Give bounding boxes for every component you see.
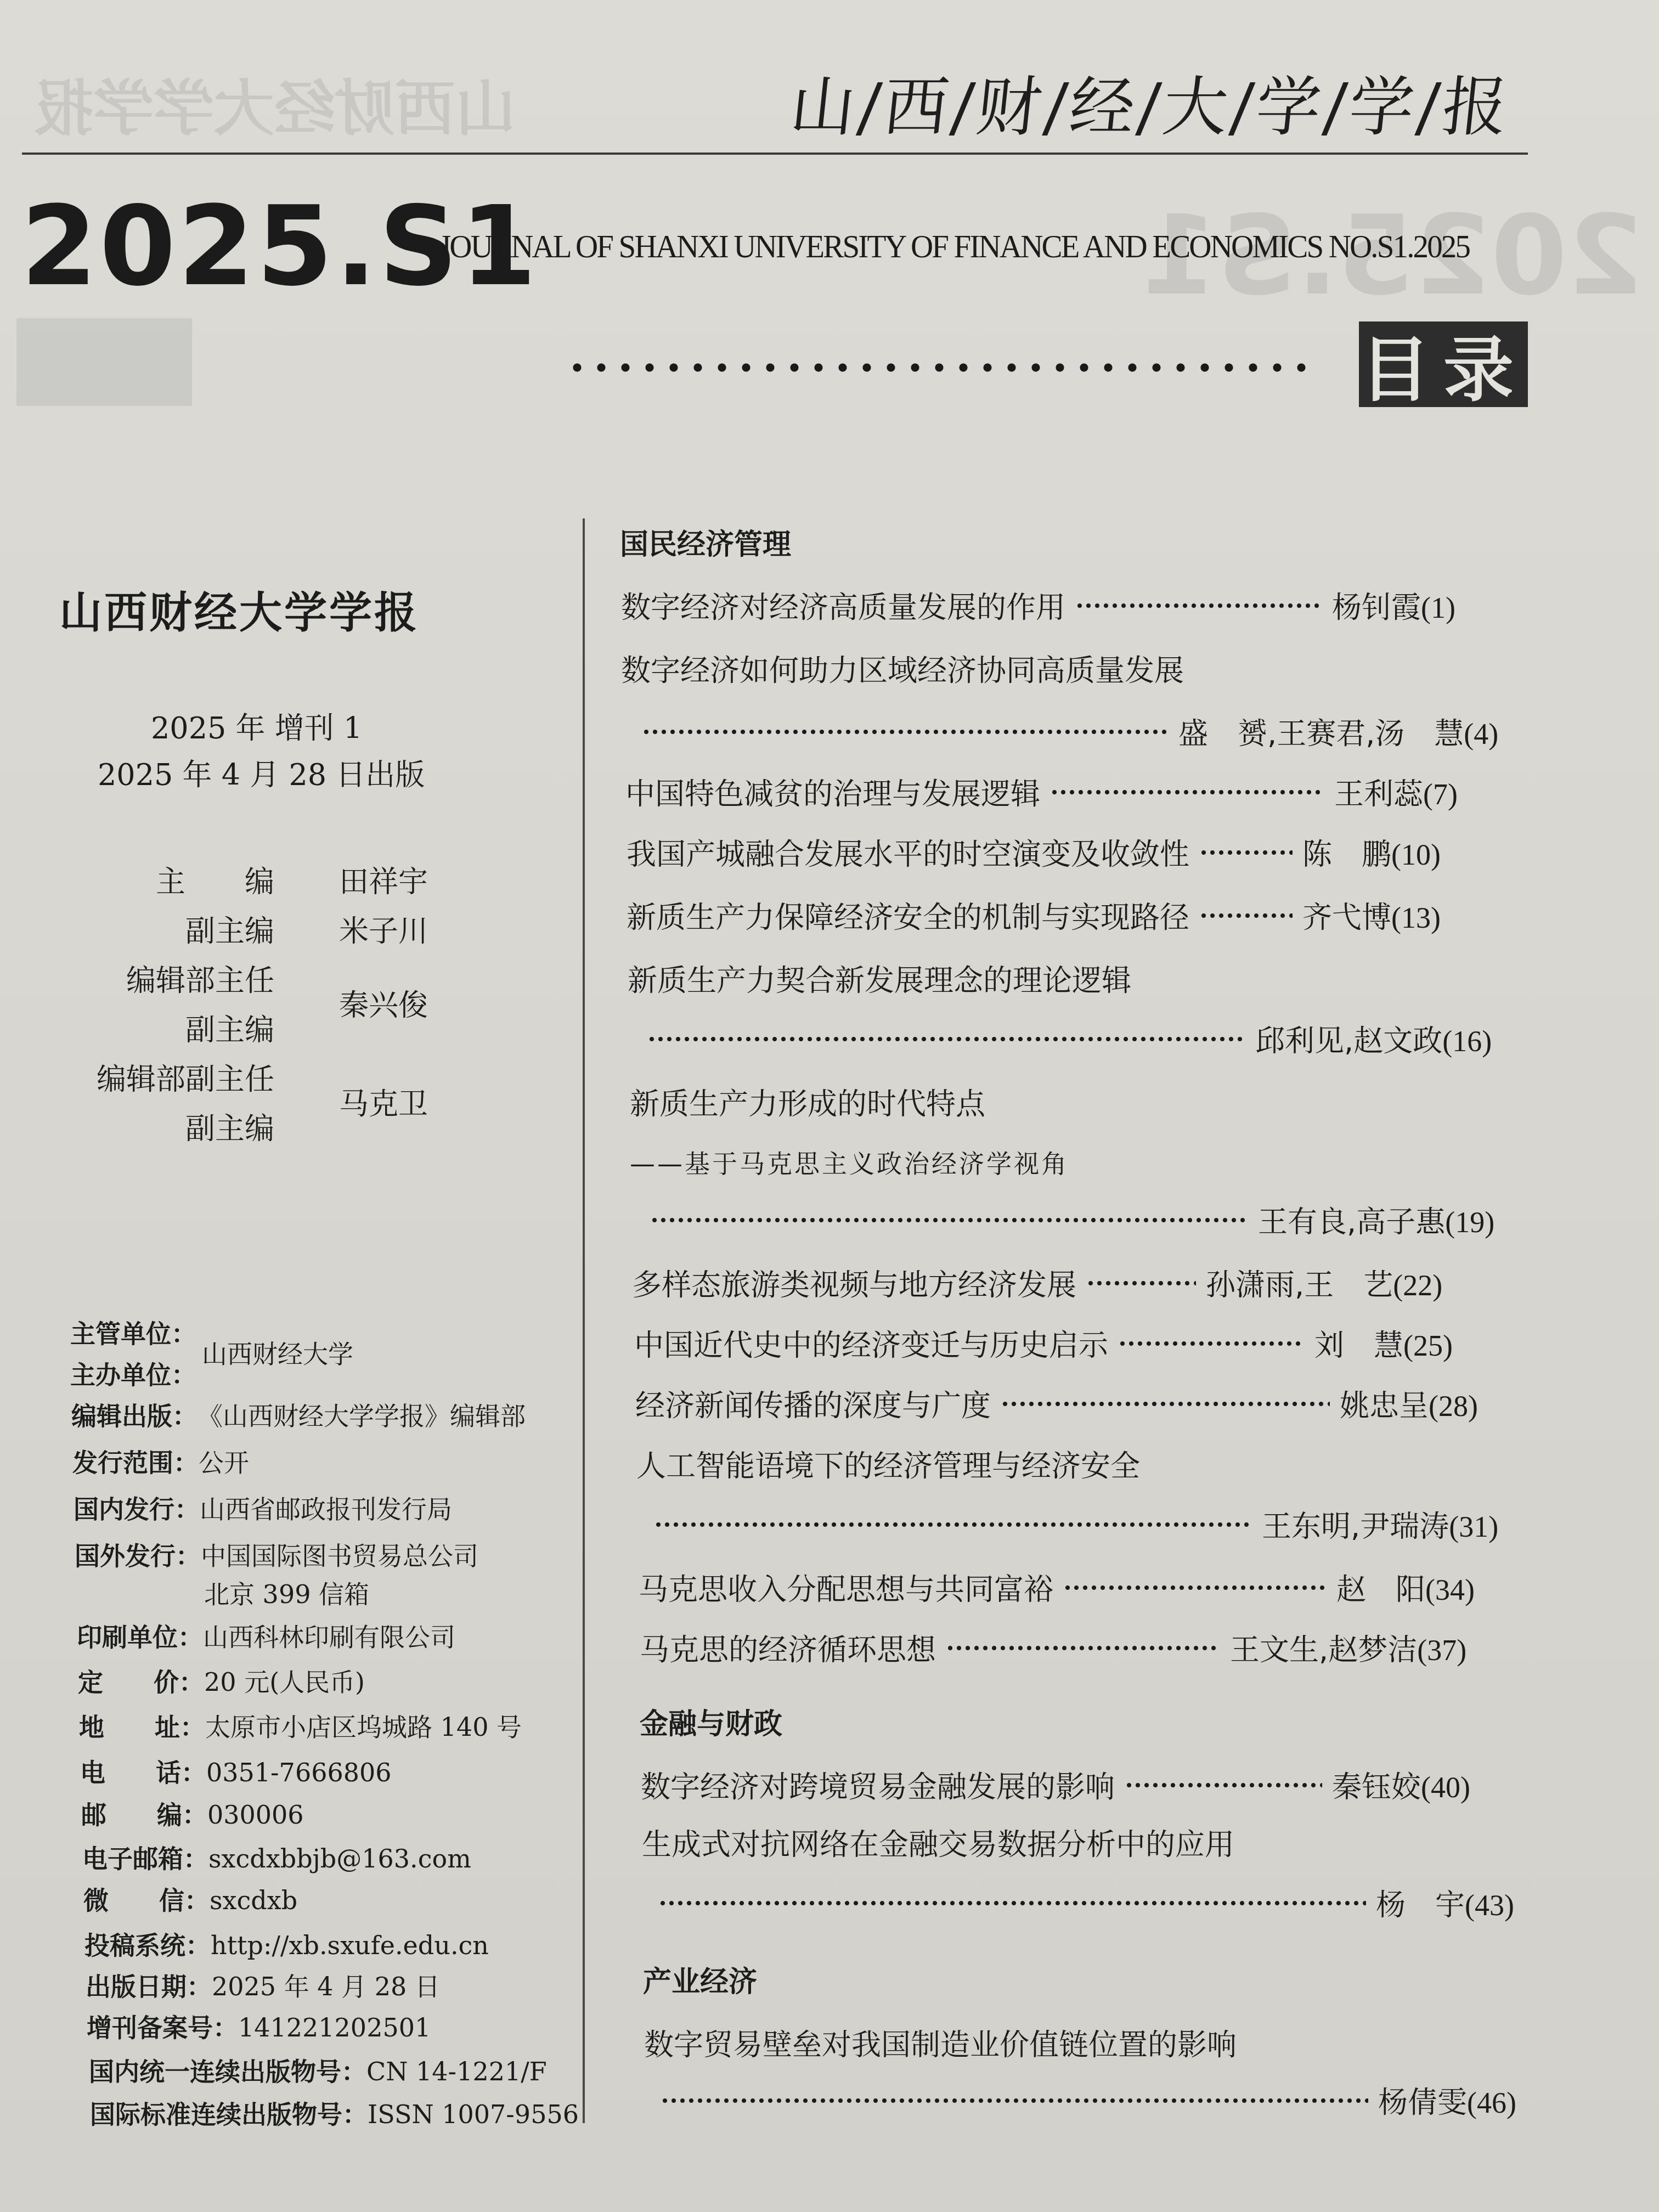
page-number: (46) bbox=[1467, 2086, 1516, 2120]
info-row: 国内统一连续出版物号：CN 14-1221/F bbox=[89, 2052, 547, 2088]
article-title: 数字贸易壁垒对我国制造业价值链位置的影响 bbox=[644, 2022, 1237, 2064]
dot-leader bbox=[1125, 1782, 1322, 1788]
article-title: 多样态旅游类视频与地方经济发展 bbox=[632, 1262, 1076, 1304]
issue-line: 2025 年 增刊 1 bbox=[151, 705, 362, 747]
info-row: 出版日期：2025 年 4 月 28 日 bbox=[86, 1967, 440, 2003]
article-authors: 王利蕊 bbox=[1334, 771, 1423, 813]
dot-leader bbox=[1001, 1401, 1330, 1407]
toc-entry[interactable]: 新质生产力保障经济安全的机制与实现路径 齐弋博(13) bbox=[627, 894, 1441, 936]
info-row: 电子邮箱：sxcdxbbjb@163.com bbox=[82, 1839, 471, 1875]
toc-entry-continuation[interactable]: 盛 赟,王赛君,汤 慧(4) bbox=[642, 710, 1498, 753]
page-number: (16) bbox=[1442, 1024, 1492, 1058]
decorative-dot-leader bbox=[565, 362, 1306, 373]
info-row: 国际标准连续出版物号：ISSN 1007-9556 bbox=[90, 2095, 579, 2131]
page-number: (22) bbox=[1393, 1268, 1442, 1302]
dot-leader bbox=[1199, 913, 1293, 918]
toc-entry[interactable]: 我国产城融合发展水平的时空演变及收敛性 陈 鹏(10) bbox=[627, 831, 1441, 873]
article-subtitle: ——基于马克思主义政治经济学视角 bbox=[630, 1144, 1069, 1180]
toc-entry[interactable]: 中国特色减贫的治理与发展逻辑 王利蕊(7) bbox=[625, 771, 1458, 813]
dot-leader bbox=[654, 1522, 1252, 1527]
bleed-through-title: 山西财经大学学报 bbox=[33, 60, 516, 147]
toc-entry[interactable]: 新质生产力形成的时代特点 bbox=[630, 1081, 985, 1123]
editor-role: 副主编 bbox=[0, 908, 274, 950]
dot-leader bbox=[658, 1900, 1366, 1906]
dot-leader bbox=[1118, 1341, 1305, 1346]
info-row: 北京 399 信箱 bbox=[204, 1575, 369, 1611]
info-row: 定 价：20 元(人民币) bbox=[78, 1662, 365, 1699]
article-authors: 赵 阳 bbox=[1336, 1566, 1425, 1609]
info-row: 发行范围：公开 bbox=[72, 1443, 249, 1479]
article-authors: 杨钊霞 bbox=[1332, 584, 1421, 627]
dot-leader bbox=[650, 1217, 1248, 1223]
editor-name: 马克卫 bbox=[339, 1081, 428, 1123]
page-number: (13) bbox=[1391, 901, 1441, 935]
toc-entry[interactable]: 马克思收入分配思想与共同富裕 赵 阳(34) bbox=[639, 1566, 1475, 1609]
page-number: (37) bbox=[1417, 1633, 1466, 1667]
toc-entry-continuation[interactable]: 杨倩雯(46) bbox=[661, 2079, 1516, 2121]
article-authors: 陈 鹏 bbox=[1302, 831, 1391, 873]
article-authors: 盛 赟,王赛君,汤 慧 bbox=[1178, 710, 1464, 753]
page-number: (25) bbox=[1403, 1329, 1453, 1363]
article-title: 我国产城融合发展水平的时空演变及收敛性 bbox=[627, 831, 1189, 873]
info-row: 微 信：sxcdxb bbox=[83, 1881, 297, 1917]
editor-role: 主 编 bbox=[0, 859, 274, 901]
page-number: (4) bbox=[1464, 717, 1498, 751]
article-authors: 秦钰姣 bbox=[1332, 1764, 1421, 1806]
journal-running-title: 山/西/财/经/大/学/学/报 bbox=[786, 55, 1516, 148]
journal-title: 山西财经大学学报 bbox=[59, 579, 419, 640]
publish-date-line: 2025 年 4 月 28 日出版 bbox=[98, 752, 425, 794]
page-number: (10) bbox=[1391, 838, 1441, 872]
dot-leader bbox=[1199, 850, 1293, 855]
toc-entry[interactable]: 数字经济对经济高质量发展的作用 杨钊霞(1) bbox=[621, 584, 1455, 627]
article-title: 中国近代史中的经济变迁与历史启示 bbox=[634, 1322, 1108, 1364]
section-heading: 金融与财政 bbox=[640, 1701, 782, 1742]
article-authors: 王东明,尹瑞涛 bbox=[1262, 1503, 1449, 1545]
info-row: 主办单位： bbox=[70, 1355, 196, 1391]
toc-entry[interactable]: 马克思的经济循环思想 王文生,赵梦洁(37) bbox=[640, 1627, 1466, 1669]
header-divider bbox=[22, 153, 1528, 155]
journal-page: 山西财经大学学报 2025.S1 山/西/财/经/大/学/学/报 2025.S1… bbox=[0, 0, 1659, 2212]
toc-entry[interactable]: 经济新闻传播的深度与广度 姚忠呈(28) bbox=[635, 1383, 1478, 1425]
info-row: 印刷单位：山西科林印刷有限公司 bbox=[77, 1617, 455, 1654]
editor-role: 编辑部副主任 bbox=[0, 1056, 274, 1098]
dot-leader bbox=[1086, 1280, 1196, 1286]
page-number: (40) bbox=[1421, 1770, 1470, 1804]
toc-entry[interactable]: 数字经济对跨境贸易金融发展的影响 秦钰姣(40) bbox=[641, 1764, 1470, 1806]
article-title: 马克思收入分配思想与共同富裕 bbox=[639, 1566, 1053, 1609]
toc-entry-continuation[interactable]: 邱利见,赵文政(16) bbox=[647, 1018, 1492, 1060]
info-value: 山西财经大学 bbox=[202, 1334, 353, 1370]
dot-leader bbox=[1075, 603, 1322, 608]
section-heading: 产业经济 bbox=[643, 1959, 757, 2000]
info-row: 国内发行：山西省邮政报刊发行局 bbox=[74, 1489, 452, 1526]
toc-entry[interactable]: 新质生产力契合新发展理念的理论逻辑 bbox=[628, 957, 1131, 1000]
article-title: 中国特色减贫的治理与发展逻辑 bbox=[625, 771, 1040, 813]
dot-leader bbox=[647, 1036, 1245, 1042]
info-row: 投稿系统：http://xb.sxufe.edu.cn bbox=[84, 1926, 489, 1962]
page-number: (19) bbox=[1445, 1205, 1494, 1239]
article-title: 经济新闻传播的深度与广度 bbox=[635, 1383, 991, 1425]
info-row: 主管单位： bbox=[70, 1314, 196, 1350]
toc-entry[interactable]: 多样态旅游类视频与地方经济发展 孙潇雨,王 艺(22) bbox=[632, 1262, 1442, 1304]
article-title: 数字经济如何助力区域经济协同高质量发展 bbox=[621, 647, 1184, 690]
section-heading: 国民经济管理 bbox=[620, 521, 791, 562]
editor-name: 米子川 bbox=[339, 908, 428, 950]
page-number: (34) bbox=[1425, 1573, 1475, 1607]
editor-role: 副主编 bbox=[0, 1105, 274, 1148]
article-title: 马克思的经济循环思想 bbox=[640, 1627, 936, 1669]
article-authors: 王文生,赵梦洁 bbox=[1230, 1627, 1417, 1669]
info-row: 国外发行：中国国际图书贸易总公司 bbox=[75, 1536, 478, 1572]
editor-role: 编辑部主任 bbox=[0, 957, 274, 1000]
toc-entry[interactable]: 数字经济如何助力区域经济协同高质量发展 bbox=[621, 647, 1184, 690]
editor-role: 副主编 bbox=[0, 1007, 274, 1049]
toc-entry-continuation[interactable]: 王东明,尹瑞涛(31) bbox=[654, 1503, 1498, 1545]
page-number: (31) bbox=[1449, 1510, 1498, 1544]
dot-leader bbox=[642, 729, 1169, 735]
dot-leader bbox=[1063, 1585, 1327, 1590]
info-row: 增刊备案号：141221202501 bbox=[87, 2008, 431, 2044]
article-title: 新质生产力保障经济安全的机制与实现路径 bbox=[627, 894, 1189, 936]
toc-entry-continuation[interactable]: 王有良,高子惠(19) bbox=[650, 1199, 1494, 1241]
page-number: (43) bbox=[1465, 1888, 1514, 1922]
article-title: 人工智能语境下的经济管理与经济安全 bbox=[636, 1443, 1140, 1485]
article-authors: 邱利见,赵文政 bbox=[1255, 1018, 1442, 1060]
article-title: 生成式对抗网络在金融交易数据分析中的应用 bbox=[642, 1821, 1234, 1864]
toc-entry[interactable]: 数字贸易壁垒对我国制造业价值链位置的影响 bbox=[644, 2022, 1237, 2064]
article-authors: 刘 慧 bbox=[1314, 1322, 1403, 1364]
editor-name: 秦兴俊 bbox=[339, 982, 428, 1024]
info-row: 地 址：太原市小店区坞城路 140 号 bbox=[79, 1707, 522, 1743]
journal-english-title: JOURNAL OF SHANXI UNIVERSITY OF FINANCE … bbox=[439, 228, 1469, 266]
page-number: (1) bbox=[1421, 591, 1455, 625]
article-title: 数字经济对跨境贸易金融发展的影响 bbox=[641, 1764, 1115, 1806]
toc-entry-continuation[interactable]: 杨 宇(43) bbox=[658, 1882, 1514, 1924]
toc-entry[interactable]: 人工智能语境下的经济管理与经济安全 bbox=[636, 1443, 1140, 1485]
article-title: 新质生产力形成的时代特点 bbox=[630, 1081, 985, 1123]
dot-leader bbox=[661, 2098, 1368, 2103]
article-authors: 齐弋博 bbox=[1302, 894, 1391, 936]
page-number: (28) bbox=[1429, 1389, 1478, 1423]
toc-entry[interactable]: 中国近代史中的经济变迁与历史启示 刘 慧(25) bbox=[634, 1322, 1453, 1364]
article-authors: 王有良,高子惠 bbox=[1258, 1199, 1445, 1241]
dot-leader bbox=[946, 1645, 1220, 1651]
info-row: 电 话：0351-7666806 bbox=[80, 1753, 391, 1789]
article-authors: 姚忠呈 bbox=[1340, 1383, 1429, 1425]
article-title: 数字经济对经济高质量发展的作用 bbox=[621, 584, 1065, 627]
column-divider bbox=[583, 518, 585, 2123]
toc-badge: 目录 bbox=[1359, 321, 1528, 407]
article-authors: 孙潇雨,王 艺 bbox=[1206, 1262, 1393, 1304]
info-row: 编辑出版：《山西财经大学学报》编辑部 bbox=[71, 1396, 526, 1432]
bleed-through-badge bbox=[16, 318, 192, 406]
dot-leader bbox=[1050, 789, 1324, 795]
page-number: (7) bbox=[1423, 777, 1458, 811]
article-authors: 杨 宇 bbox=[1376, 1882, 1465, 1924]
info-row: 邮 编：030006 bbox=[81, 1795, 304, 1831]
article-authors: 杨倩雯 bbox=[1378, 2079, 1467, 2121]
toc-entry[interactable]: 生成式对抗网络在金融交易数据分析中的应用 bbox=[642, 1821, 1234, 1864]
article-title: 新质生产力契合新发展理念的理论逻辑 bbox=[628, 957, 1131, 1000]
editor-name: 田祥宇 bbox=[339, 859, 428, 901]
